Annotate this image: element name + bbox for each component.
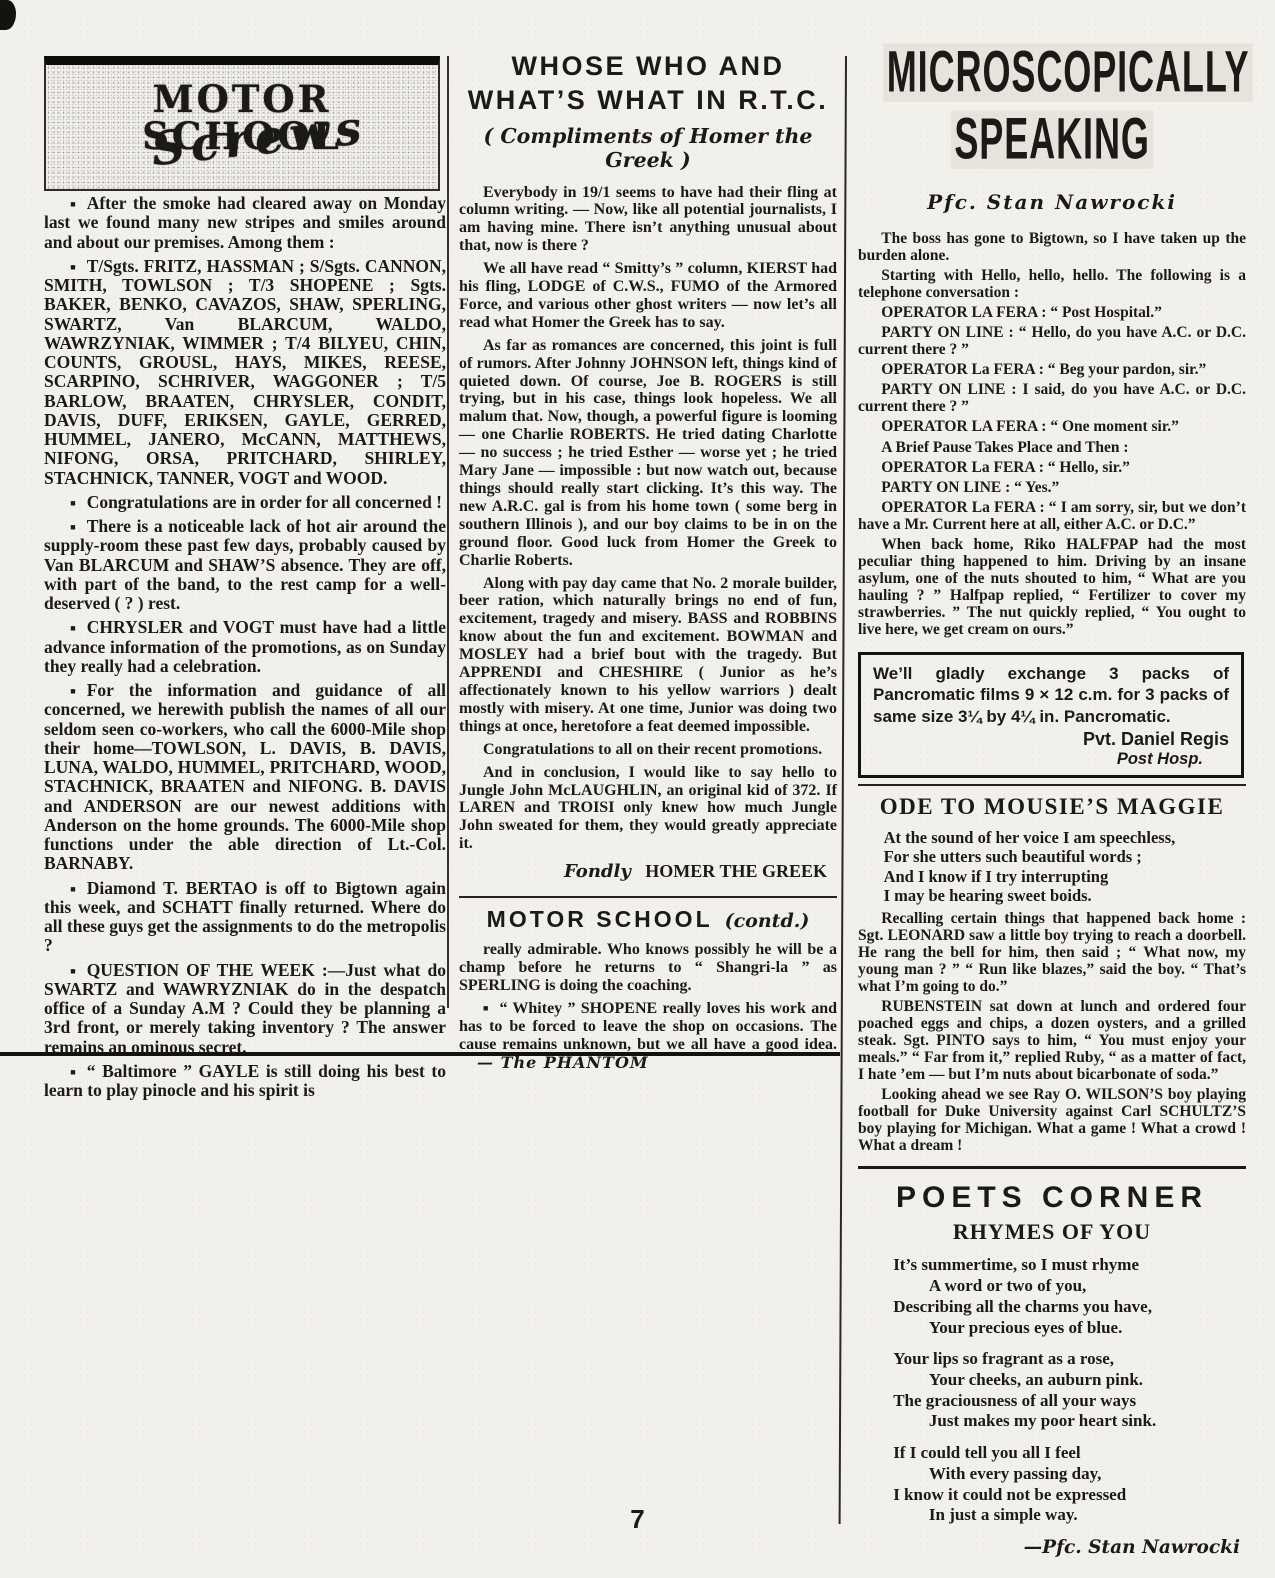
dialogue-line: PARTY ON LINE : “ Hello, do you have A.C…: [858, 324, 1246, 358]
ode-poem: At the sound of her voice I am speechles…: [884, 828, 1246, 906]
dialogue-line: OPERATOR La FERA : “ Beg your pardon, si…: [858, 361, 1246, 378]
poem-line: For she utters such beautiful words ;: [884, 847, 1246, 866]
news-paragraph: ■Congratulations are in order for all co…: [44, 493, 446, 512]
ad-signer-unit: Post Hosp.: [873, 750, 1229, 769]
news-paragraph: Along with pay day came that No. 2 moral…: [459, 575, 837, 736]
dialogue-line: OPERATOR La FERA : “ I am sorry, sir, bu…: [858, 499, 1246, 533]
poem-line: If I could tell you all I feel: [893, 1443, 1246, 1464]
news-paragraph: ■CHRYSLER and VOGT must have had a littl…: [44, 618, 446, 676]
square-bullet: ■: [70, 967, 75, 977]
column-whose-who: WHOSE WHO AND WHAT’S WHAT IN R.T.C. ( Co…: [459, 50, 837, 1077]
rhymes-of-you-heading: RHYMES OF YOU: [858, 1219, 1246, 1245]
news-paragraph: ■“ Baltimore ” GAYLE is still doing his …: [44, 1062, 446, 1101]
dialogue-line: PARTY ON LINE : I said, do you have A.C.…: [858, 381, 1246, 415]
dialogue-line: OPERATOR LA FERA : “ Post Hospital.”: [858, 304, 1246, 321]
poem-stanza: It’s summertime, so I must rhyme A word …: [893, 1255, 1246, 1338]
news-paragraph: ■For the information and guidance of all…: [44, 681, 446, 874]
news-paragraph: ■T/Sgts. FRITZ, HASSMAN ; S/Sgts. CANNON…: [44, 257, 446, 488]
square-bullet: ■: [70, 499, 75, 509]
news-paragraph: Congratulations to all on their recent p…: [459, 741, 837, 759]
motor-school-masthead: MOTOR SCHOOL Screws: [44, 56, 440, 191]
poem-line: And I know if I try interrupting: [884, 867, 1246, 886]
film-exchange-ad: We’ll gladly exchange 3 packs of Pancrom…: [858, 652, 1244, 778]
poem-line: With every passing day,: [893, 1464, 1246, 1485]
square-bullet: ■: [70, 263, 75, 273]
square-bullet: ■: [483, 1003, 488, 1013]
section-rule: [858, 1166, 1246, 1169]
poem-line: It’s summertime, so I must rhyme: [893, 1255, 1246, 1276]
news-paragraph: The boss has gone to Bigtown, so I have …: [858, 230, 1246, 264]
poem-line: Your lips so fragrant as a rose,: [893, 1349, 1246, 1370]
article-title: MICROSCOPICALLY SPEAKING: [858, 52, 1246, 160]
news-paragraph: As far as romances are concerned, this j…: [459, 337, 837, 570]
news-paragraph: RUBENSTEIN sat down at lunch and ordered…: [858, 998, 1246, 1083]
square-bullet: ■: [70, 1068, 75, 1078]
poem-line: I know it could not be expressed: [893, 1485, 1246, 1506]
poem-stanza: Your lips so fragrant as a rose, Your ch…: [893, 1349, 1246, 1432]
poem-line: The graciousness of all your ways: [893, 1391, 1246, 1412]
news-paragraph: ■“ Whitey ” SHOPENE really loves his wor…: [459, 1000, 837, 1073]
news-paragraph: Looking ahead we see Ray O. WILSON’S boy…: [858, 1086, 1246, 1154]
section-rule: [459, 896, 837, 898]
news-paragraph: Recalling certain things that happened b…: [858, 910, 1246, 995]
column-divider-left: [447, 56, 449, 1008]
square-bullet: ■: [70, 624, 75, 634]
news-paragraph: And in conclusion, I would like to say h…: [459, 764, 837, 854]
news-paragraph: ■QUESTION OF THE WEEK :—Just what do SWA…: [44, 961, 446, 1057]
ad-bottom-rule: [858, 784, 1246, 786]
article-byline: Pfc. Stan Nawrocki: [858, 190, 1246, 214]
poem-line: Your precious eyes of blue.: [893, 1318, 1246, 1339]
square-bullet: ■: [70, 687, 75, 697]
article-title: WHOSE WHO AND WHAT’S WHAT IN R.T.C.: [459, 50, 837, 118]
news-paragraph: Starting with Hello, hello, hello. The f…: [858, 267, 1246, 301]
news-paragraph: ■There is a noticeable lack of hot air a…: [44, 517, 446, 613]
poem-line: Just makes my poor heart sink.: [893, 1411, 1246, 1432]
news-paragraph: When back home, Riko HALFPAP had the mos…: [858, 536, 1246, 638]
scan-artifact-corner: [0, 0, 16, 30]
news-paragraph: Everybody in 19/1 seems to have had thei…: [459, 184, 837, 256]
poem-line: A word or two of you,: [893, 1276, 1246, 1297]
dialogue-line: A Brief Pause Takes Place and Then :: [858, 439, 1246, 456]
dialogue-line: OPERATOR La FERA : “ Hello, sir.”: [858, 459, 1246, 476]
poem-line: I may be hearing sweet boids.: [884, 886, 1246, 905]
dialogue-line: PARTY ON LINE : “ Yes.”: [858, 479, 1246, 496]
ad-text: We’ll gladly exchange 3 packs of Pancrom…: [873, 663, 1229, 727]
poem-line: Your cheeks, an auburn pink.: [893, 1370, 1246, 1391]
poem-signoff: —Pfc. Stan Nawrocki: [858, 1537, 1246, 1558]
column-divider-right: [839, 56, 847, 1524]
column-microscopically-speaking: MICROSCOPICALLY SPEAKING Pfc. Stan Nawro…: [858, 52, 1246, 1577]
poem-line: At the sound of her voice I am speechles…: [884, 828, 1246, 847]
news-paragraph: ■After the smoke had cleared away on Mon…: [44, 194, 446, 252]
article-signoff: Fondly HOMER THE GREEK: [459, 861, 837, 882]
phantom-signoff: — The PHANTOM: [477, 1053, 649, 1072]
news-paragraph: We all have read “ Smitty’s ” column, KI…: [459, 260, 837, 332]
poets-corner-heading: POETS CORNER: [858, 1181, 1246, 1215]
ode-heading: ODE TO MOUSIE’S MAGGIE: [858, 794, 1246, 820]
page-number: 7: [0, 1504, 1275, 1535]
motor-school-contd-heading: MOTOR SCHOOL (contd.): [459, 906, 837, 933]
newspaper-page: MOTOR SCHOOL Screws ■After the smoke had…: [0, 0, 1275, 1578]
square-bullet: ■: [70, 523, 75, 533]
ad-signer: Pvt. Daniel Regis: [873, 729, 1229, 750]
column-motor-school: ■After the smoke had cleared away on Mon…: [44, 194, 446, 1105]
article-subtitle: ( Compliments of Homer the Greek ): [459, 124, 837, 172]
square-bullet: ■: [70, 200, 75, 210]
news-paragraph: ■Diamond T. BERTAO is off to Bigtown aga…: [44, 879, 446, 956]
dialogue-line: OPERATOR LA FERA : “ One moment sir.”: [858, 418, 1246, 435]
news-paragraph: really admirable. Who knows possibly he …: [459, 941, 837, 995]
poem-line: Describing all the charms you have,: [893, 1297, 1246, 1318]
square-bullet: ■: [70, 885, 75, 895]
